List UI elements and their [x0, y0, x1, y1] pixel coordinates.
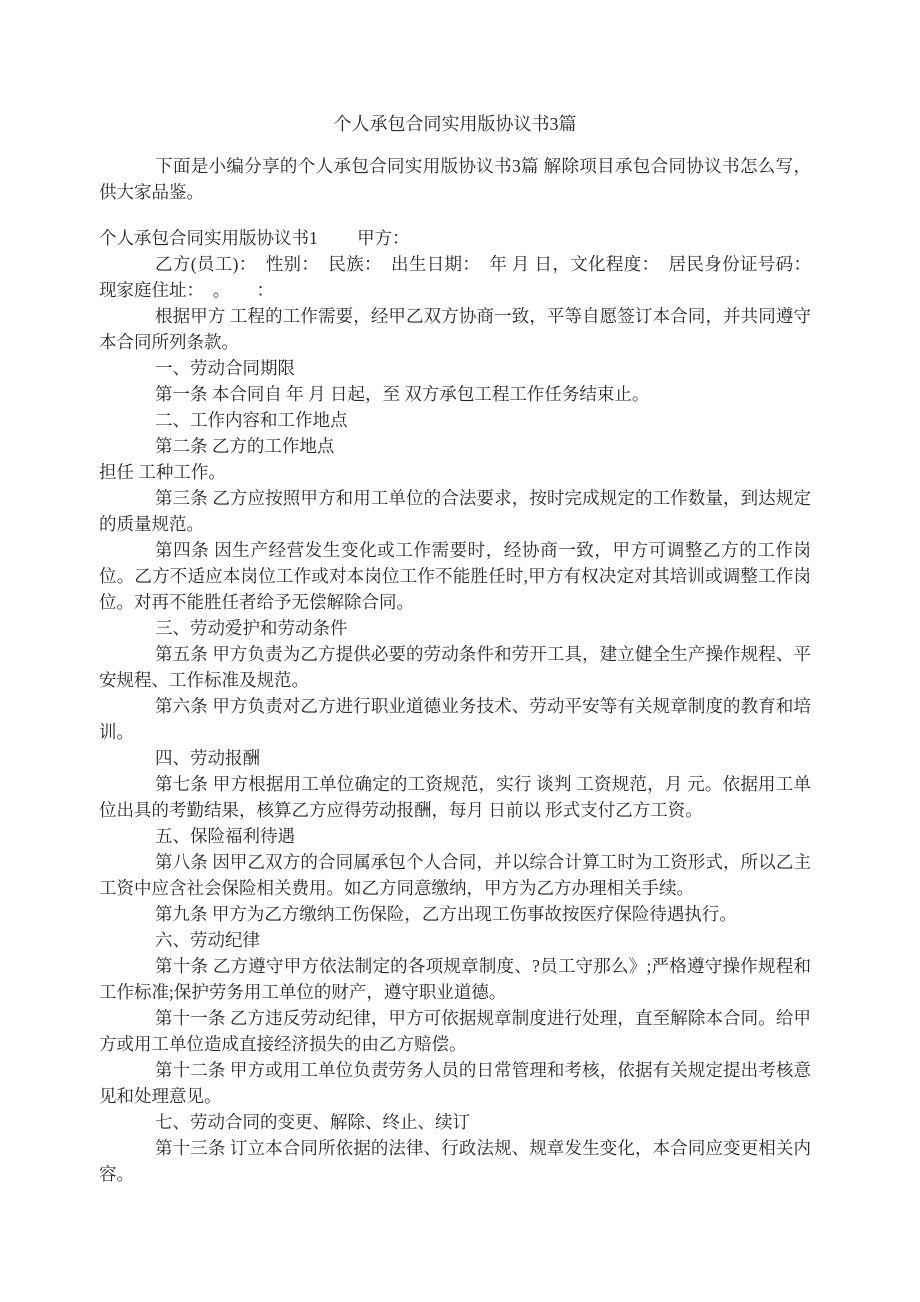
contract-paragraph: 第十三条 订立本合同所依据的法律、行政法规、规章发生变化，本合同应变更相关内容。 — [99, 1135, 811, 1187]
document-title: 个人承包合同实用版协议书3篇 — [99, 111, 811, 137]
document-page: 个人承包合同实用版协议书3篇 下面是小编分享的个人承包合同实用版协议书3篇 解除… — [0, 0, 920, 1302]
contract-paragraph: 七、劳动合同的变更、解除、终止、续订 — [99, 1109, 811, 1135]
contract-body: 个人承包合同实用版协议书1 甲方：乙方(员工)： 性别： 民族： 出生日期： 年… — [99, 225, 811, 1187]
contract-paragraph: 第七条 甲方根据用工单位确定的工资规范，实行 谈判 工资规范，月 元。依据用工单… — [99, 771, 811, 823]
contract-paragraph: 三、劳动爱护和劳动条件 — [99, 615, 811, 641]
contract-paragraph: 四、劳动报酬 — [99, 745, 811, 771]
contract-paragraph: 第六条 甲方负责对乙方进行职业道德业务技术、劳动平安等有关规章制度的教育和培训。 — [99, 693, 811, 745]
contract-paragraph: 根据甲方 工程的工作需要，经甲乙双方协商一致，平等自愿签订本合同，并共同遵守本合… — [99, 303, 811, 355]
contract-paragraph: 担任 工种工作。 — [99, 459, 811, 485]
contract-paragraph: 第十一条 乙方违反劳动纪律，甲方可依据规章制度进行处理，直至解除本合同。给甲方或… — [99, 1005, 811, 1057]
contract-paragraph: 一、劳动合同期限 — [99, 355, 811, 381]
contract-paragraph: 个人承包合同实用版协议书1 甲方： — [99, 225, 811, 251]
blank-line — [99, 205, 811, 225]
contract-paragraph: 五、保险福利待遇 — [99, 823, 811, 849]
intro-paragraph: 下面是小编分享的个人承包合同实用版协议书3篇 解除项目承包合同协议书怎么写，供大… — [99, 153, 811, 205]
contract-paragraph: 第八条 因甲乙双方的合同属承包个人合同，并以综合计算工时为工资形式，所以乙主工资… — [99, 849, 811, 901]
contract-paragraph: 第三条 乙方应按照甲方和用工单位的合法要求，按时完成规定的工作数量，到达规定的质… — [99, 485, 811, 537]
contract-paragraph: 第四条 因生产经营发生变化或工作需要时，经协商一致，甲方可调整乙方的工作岗位。乙… — [99, 537, 811, 615]
contract-paragraph: 第十二条 甲方或用工单位负责劳务人员的日常管理和考核，依据有关规定提出考核意见和… — [99, 1057, 811, 1109]
contract-paragraph: 第五条 甲方负责为乙方提供必要的劳动条件和劳开工具，建立健全生产操作规程、平安规… — [99, 641, 811, 693]
contract-paragraph: 第一条 本合同自 年 月 日起，至 双方承包工程工作任务结束止。 — [99, 381, 811, 407]
contract-paragraph: 乙方(员工)： 性别： 民族： 出生日期： 年 月 日，文化程度： 居民身份证号… — [99, 251, 811, 303]
contract-paragraph: 六、劳动纪律 — [99, 927, 811, 953]
contract-paragraph: 第九条 甲方为乙方缴纳工伤保险，乙方出现工伤事故按医疗保险待遇执行。 — [99, 901, 811, 927]
contract-paragraph: 第二条 乙方的工作地点 — [99, 433, 811, 459]
contract-paragraph: 第十条 乙方遵守甲方依法制定的各项规章制度、?员工守那么》;严格遵守操作规程和工… — [99, 953, 811, 1005]
contract-paragraph: 二、工作内容和工作地点 — [99, 407, 811, 433]
